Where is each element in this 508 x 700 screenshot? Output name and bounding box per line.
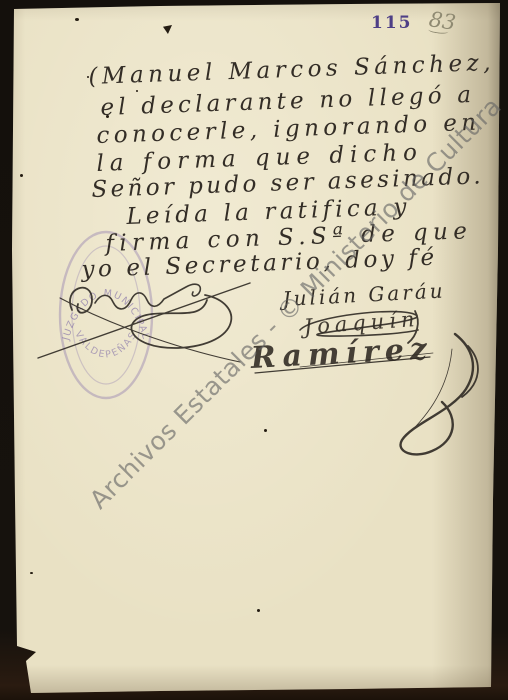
paper-speck: [30, 572, 33, 574]
stamp-bottom-text: VALDEPEÑAS: [72, 329, 139, 360]
paper-speck: [136, 90, 138, 92]
svg-text:VALDEPEÑAS: VALDEPEÑAS: [72, 329, 139, 360]
paper-speck: [20, 174, 23, 177]
page-number-stamp: 115: [371, 13, 413, 33]
paper-speck: [257, 609, 260, 612]
paper-speck: [75, 18, 79, 21]
document-photo: 115 83 JUZGADO MUNICIPAL VALDEPEÑAS (Man…: [0, 0, 508, 700]
page-number-pencil: 83: [427, 7, 457, 35]
paper-speck: [264, 429, 267, 432]
